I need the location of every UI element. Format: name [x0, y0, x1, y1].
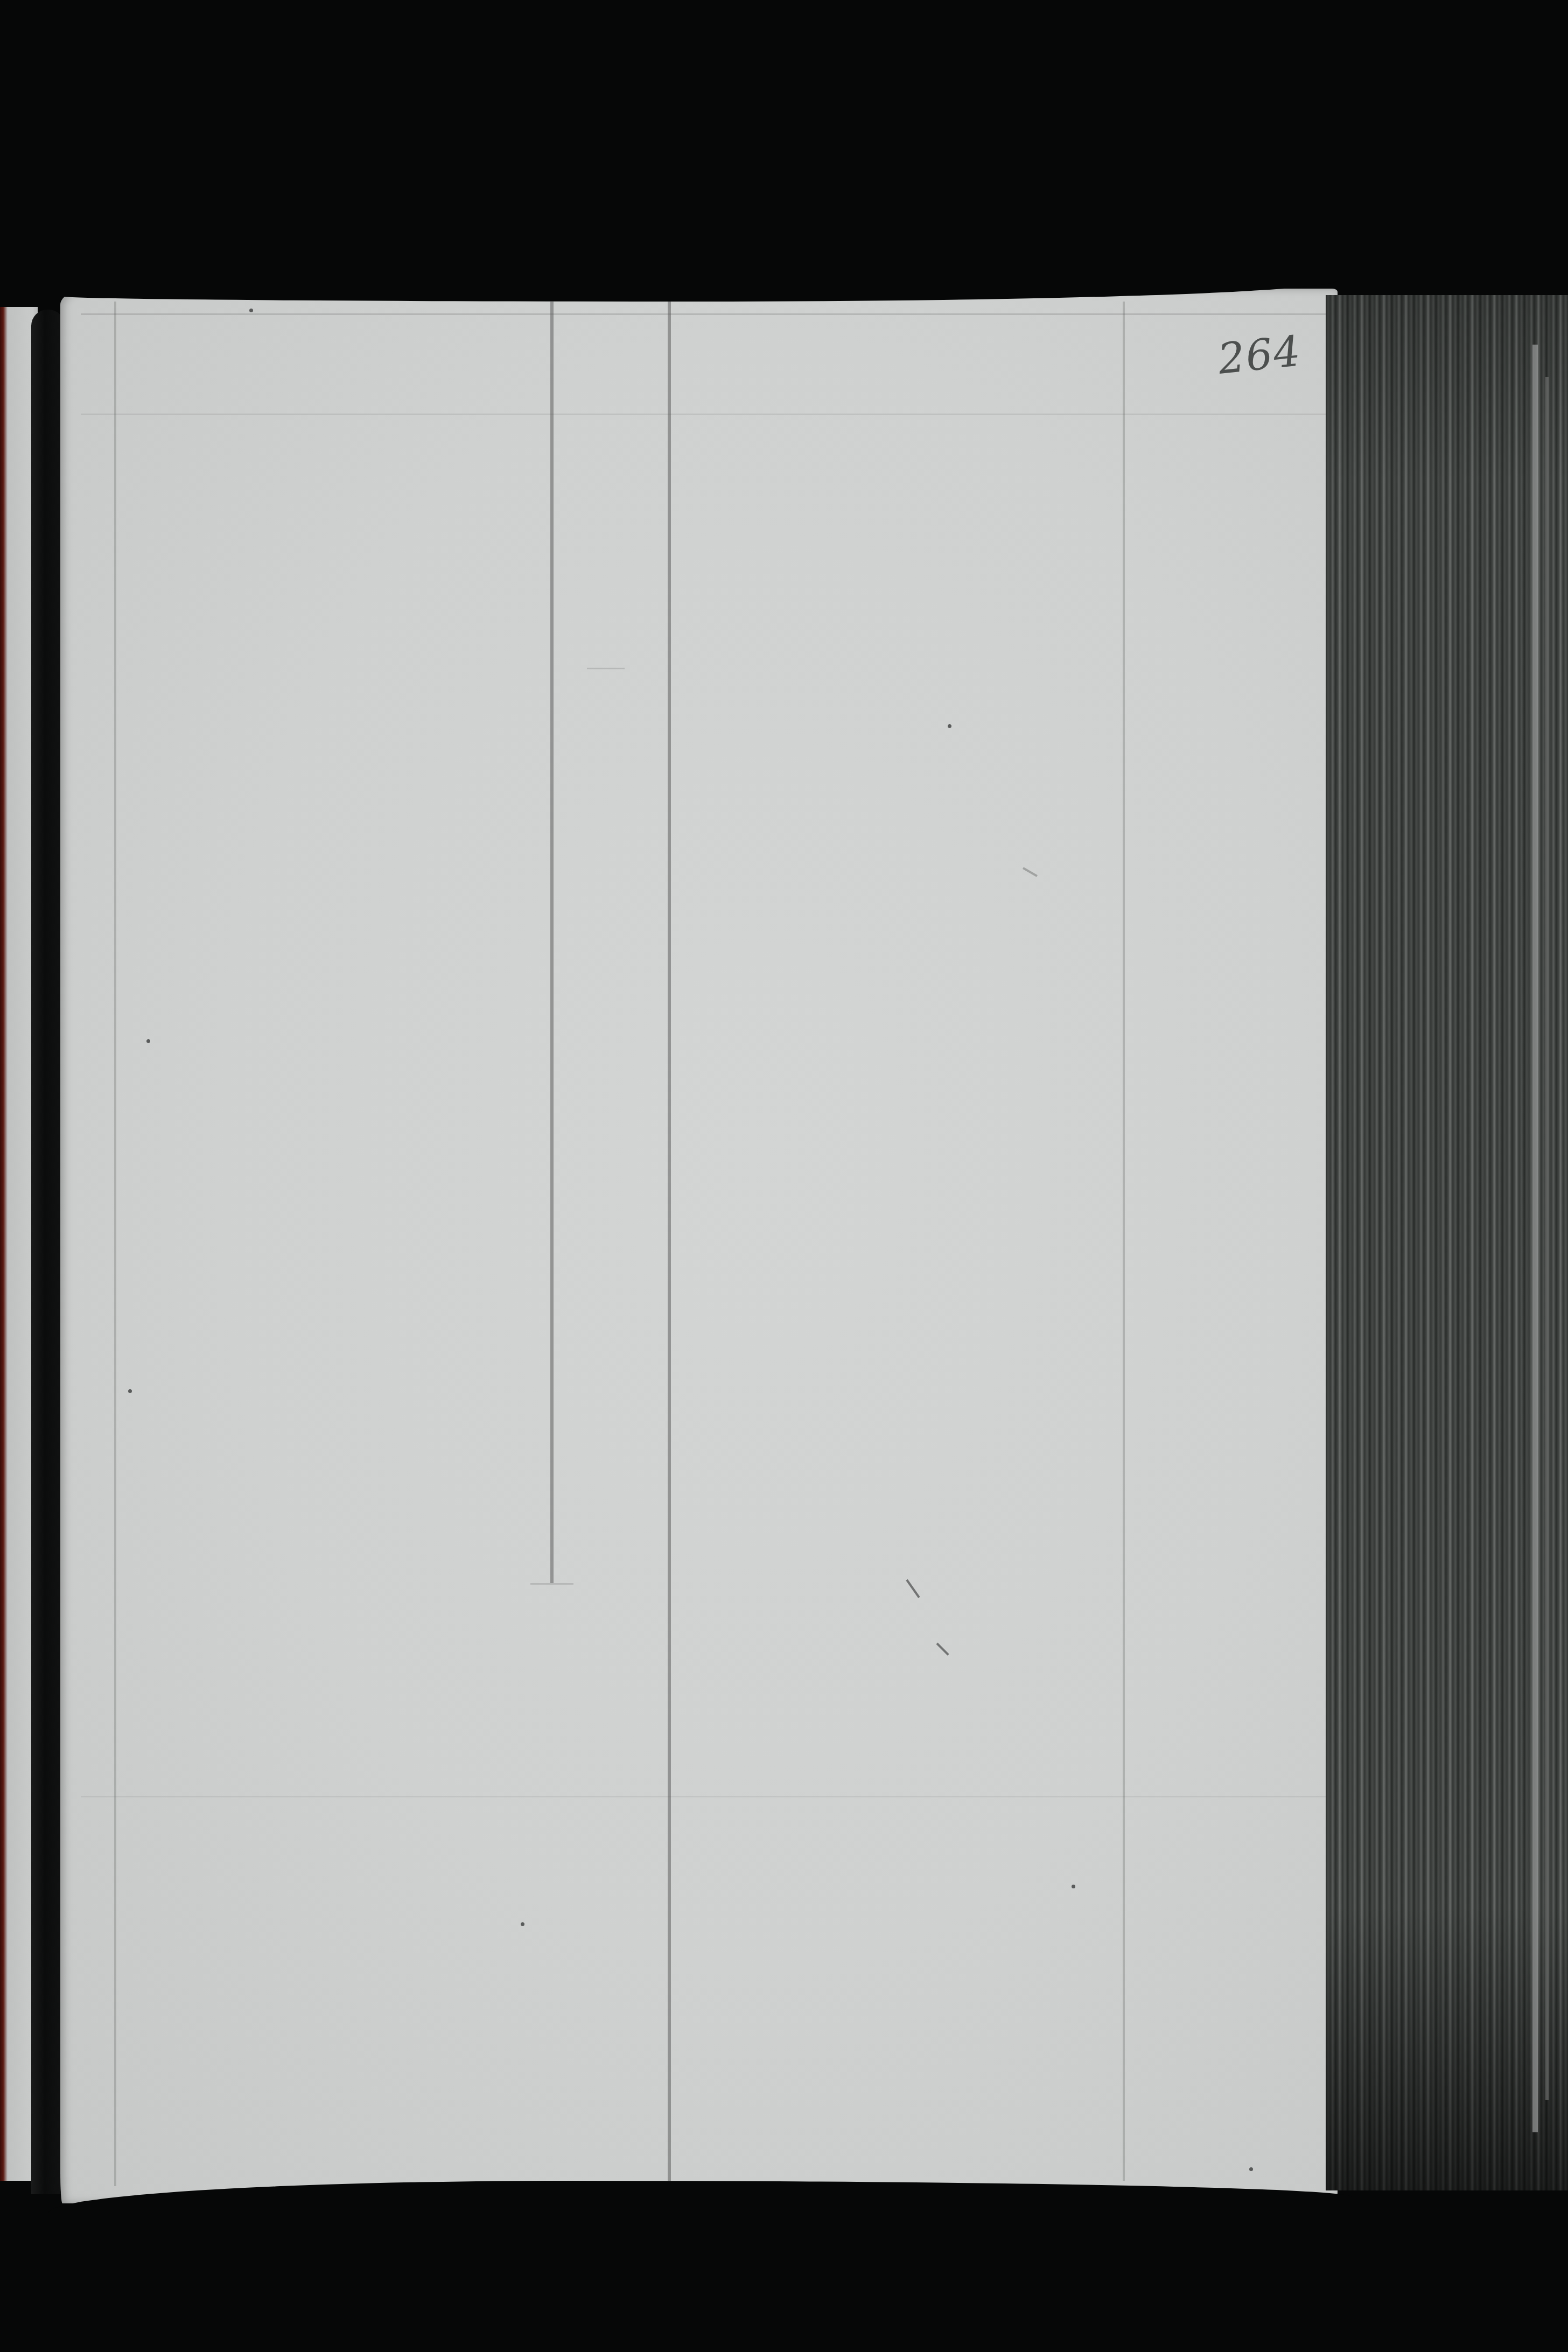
book-fore-edge [1326, 295, 1568, 2190]
ruling-line-header [81, 414, 1330, 415]
page-number: 264 [1216, 327, 1304, 384]
paper-speck [1072, 1885, 1075, 1888]
paper-speck [948, 724, 951, 728]
ledger-page [60, 289, 1338, 2203]
paper-speck [146, 1039, 150, 1043]
ruling-line-top [81, 313, 1330, 315]
ruling-line-lower [81, 1796, 1330, 1797]
paper-speck [128, 1389, 132, 1393]
paper-speck [521, 1922, 524, 1926]
ruling-line-margin-left [114, 302, 116, 2186]
photo-background: 264 [0, 0, 1568, 2352]
page-bottom-shadow [48, 2181, 1352, 2352]
book-gutter [31, 310, 65, 2194]
fore-edge-highlight [1545, 377, 1549, 2100]
ruling-tick [587, 668, 625, 669]
fore-edge-highlight [1532, 345, 1538, 2132]
ruling-tick [530, 1583, 573, 1585]
paper-speck [249, 309, 253, 312]
ruling-line-column-3 [1123, 302, 1125, 2181]
paper-speck [1249, 2167, 1253, 2171]
ruling-line-column-1 [550, 302, 554, 1583]
ruling-line-column-2 [668, 302, 671, 2181]
